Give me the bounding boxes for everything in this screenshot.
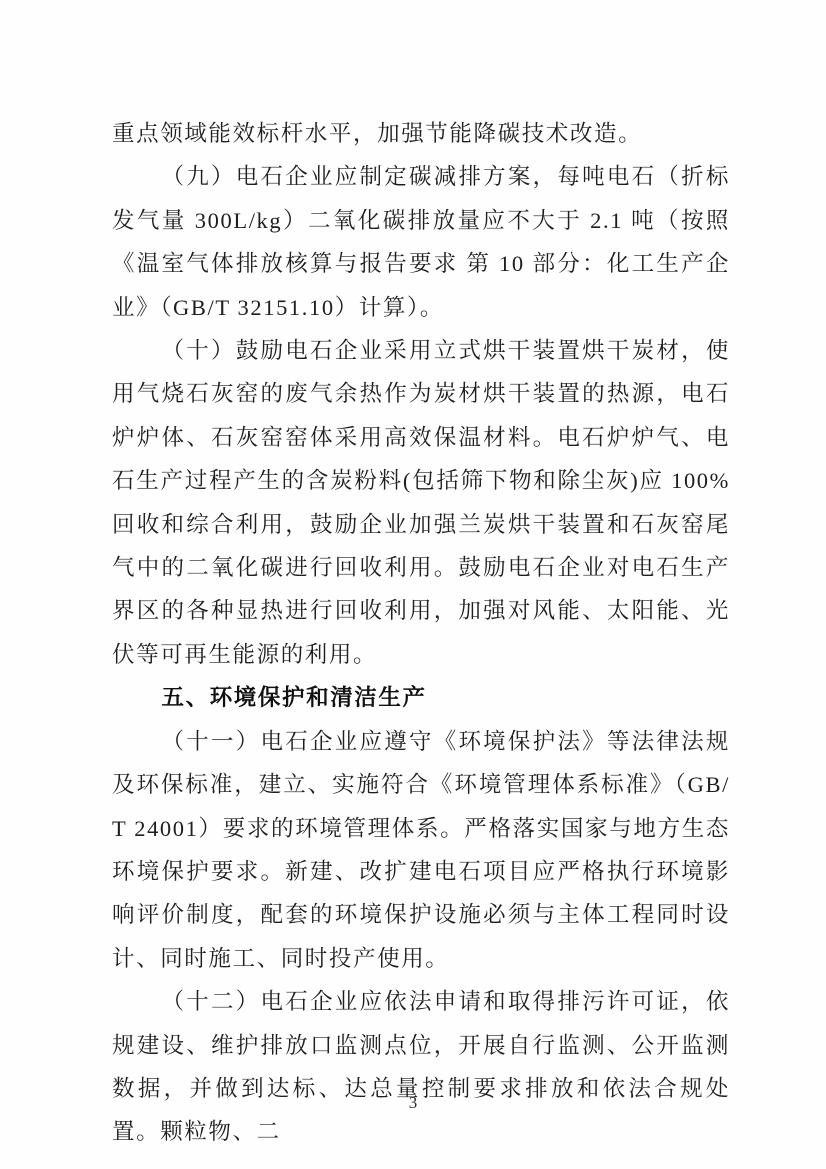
- paragraph-continuation: 重点领域能效标杆水平，加强节能降碳技术改造。: [112, 112, 730, 155]
- section-heading-environment-protection: 五、环境保护和清洁生产: [112, 676, 730, 719]
- paragraph-item-9: （九）电石企业应制定碳减排方案，每吨电石（折标发气量 300L/kg）二氧化碳排…: [112, 155, 730, 329]
- page-number: 3: [0, 1093, 826, 1113]
- paragraph-item-10: （十）鼓励电石企业采用立式烘干装置烘干炭材，使用气烧石灰窑的废气余热作为炭材烘干…: [112, 329, 730, 676]
- paragraph-item-12: （十二）电石企业应依法申请和取得排污许可证，依规建设、维护排放口监测点位，开展自…: [112, 980, 730, 1154]
- document-page: 重点领域能效标杆水平，加强节能降碳技术改造。 （九）电石企业应制定碳减排方案，每…: [0, 0, 826, 1169]
- document-text-block: 重点领域能效标杆水平，加强节能降碳技术改造。 （九）电石企业应制定碳减排方案，每…: [112, 112, 730, 1154]
- paragraph-item-11: （十一）电石企业应遵守《环境保护法》等法律法规及环保标准，建立、实施符合《环境管…: [112, 720, 730, 980]
